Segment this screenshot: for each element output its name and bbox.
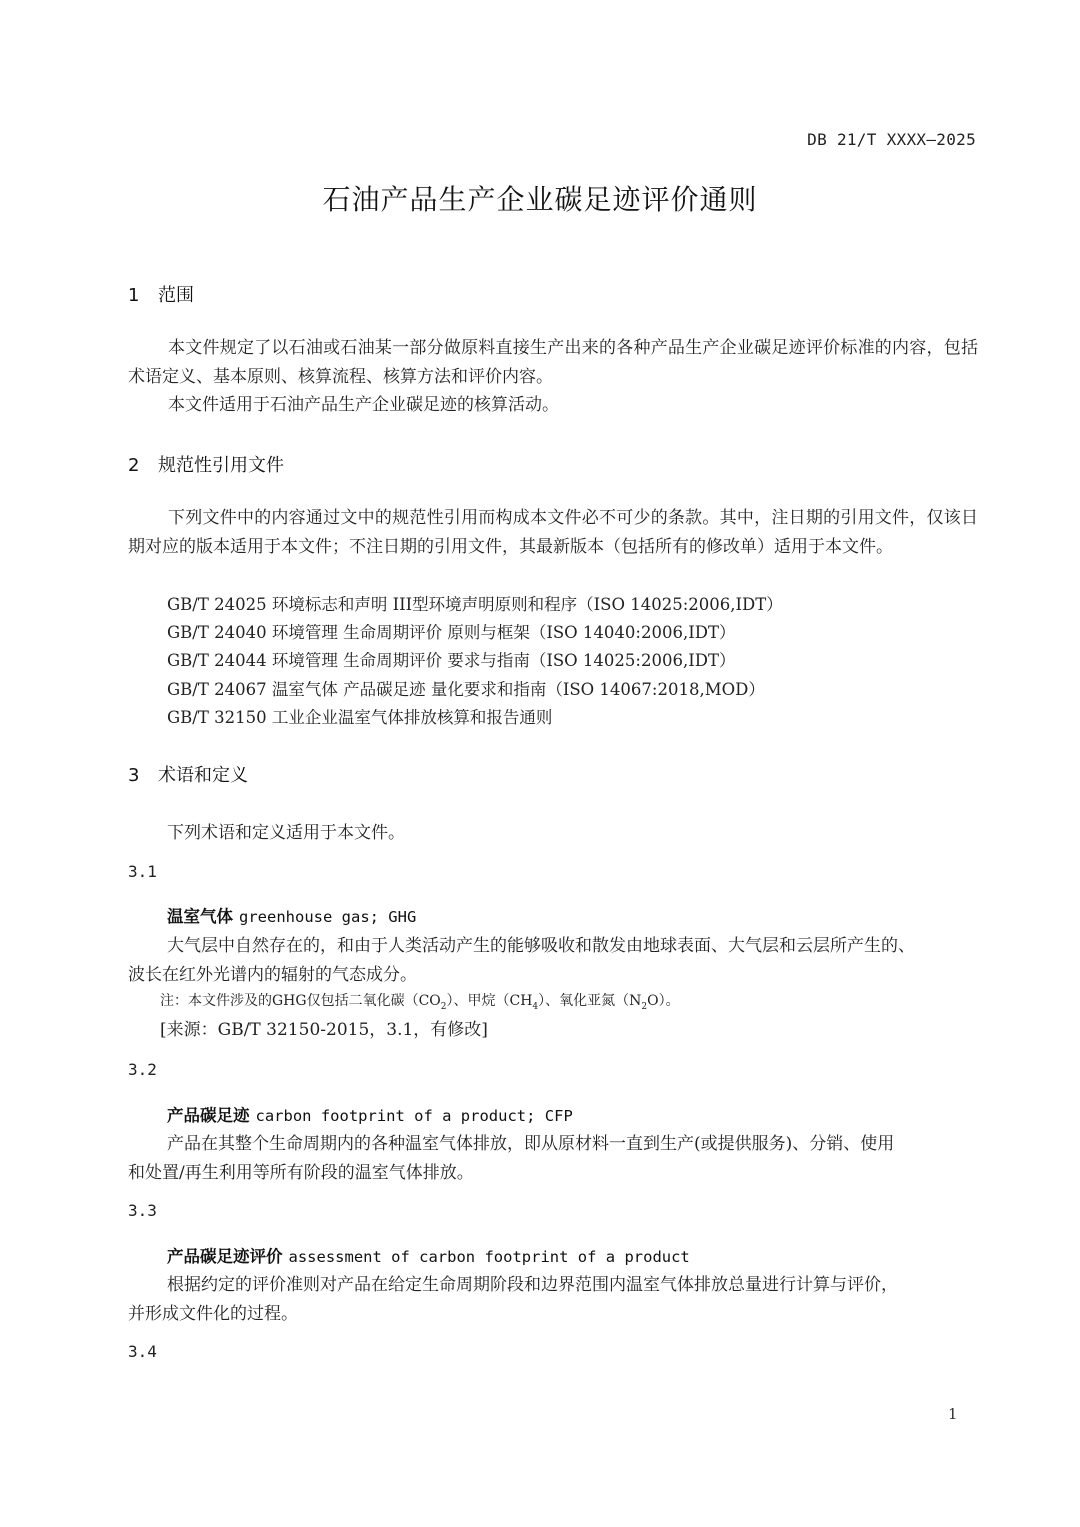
- reference-item: GB/T 24044 环境管理 生命周期评价 要求与指南（ISO 14025:2…: [167, 647, 735, 671]
- clause-number: 3.1: [128, 862, 157, 881]
- section-1-heading: 1范围: [128, 281, 194, 307]
- term-definition-line: 根据约定的评价准则对产品在给定生命周期阶段和边界范围内温室气体排放总量进行计算与…: [167, 1270, 898, 1295]
- term-zh: 温室气体: [167, 907, 233, 926]
- section-2-heading: 2规范性引用文件: [128, 451, 284, 477]
- page-number: 1: [948, 1405, 958, 1423]
- clause-number: 3.2: [128, 1060, 157, 1079]
- term-definition-line: 产品在其整个生命周期内的各种温室气体排放，即从原材料一直到生产(或提供服务)、分…: [167, 1129, 894, 1154]
- standard-code: DB 21/T XXXX—2025: [807, 130, 976, 149]
- clause-number: 3.4: [128, 1342, 157, 1361]
- term-heading: 产品碳足迹评价assessment of carbon footprint of…: [167, 1243, 690, 1267]
- reference-item: GB/T 24067 温室气体 产品碳足迹 量化要求和指南（ISO 14067:…: [167, 676, 765, 700]
- reference-item: GB/T 24025 环境标志和声明 III型环境声明原则和程序（ISO 140…: [167, 591, 783, 615]
- term-heading: 温室气体greenhouse gas; GHG: [167, 903, 416, 927]
- term-definition-line: 波长在红外光谱内的辐射的气态成分。: [128, 960, 417, 985]
- term-zh: 产品碳足迹评价: [167, 1247, 283, 1266]
- section-number: 1: [128, 285, 158, 306]
- section-1-paragraph-2: 本文件适用于石油产品生产企业碳足迹的核算活动。: [128, 391, 978, 420]
- document-page: DB 21/T XXXX—2025 石油产品生产企业碳足迹评价通则 1范围 本文…: [0, 0, 1080, 1527]
- section-number: 2: [128, 455, 158, 476]
- section-number: 3: [128, 765, 158, 786]
- clause-number: 3.3: [128, 1201, 157, 1220]
- reference-item: GB/T 24040 环境管理 生命周期评价 原则与框架（ISO 14040:2…: [167, 619, 735, 643]
- section-3-intro: 下列术语和定义适用于本文件。: [167, 818, 405, 843]
- term-source: [来源：GB/T 32150-2015，3.1，有修改]: [160, 1015, 488, 1040]
- term-en: greenhouse gas; GHG: [239, 908, 416, 926]
- note-text: 注：本文件涉及的GHG仅包括二氧化碳（CO: [160, 993, 441, 1009]
- term-zh: 产品碳足迹: [167, 1106, 250, 1125]
- document-title: 石油产品生产企业碳足迹评价通则: [0, 178, 1080, 218]
- section-title: 范围: [158, 285, 194, 306]
- section-title: 术语和定义: [158, 765, 248, 786]
- reference-item: GB/T 32150 工业企业温室气体排放核算和报告通则: [167, 704, 552, 728]
- section-3-heading: 3术语和定义: [128, 761, 248, 787]
- section-2-paragraph-1: 下列文件中的内容通过文中的规范性引用而构成本文件必不可少的条款。其中，注日期的引…: [128, 504, 978, 561]
- term-en: carbon footprint of a product; CFP: [256, 1107, 573, 1125]
- section-title: 规范性引用文件: [158, 455, 284, 476]
- term-note: 注：本文件涉及的GHG仅包括二氧化碳（CO2）、甲烷（CH4）、氧化亚氮（N2O…: [160, 990, 680, 1012]
- note-text: O）。: [647, 993, 679, 1009]
- term-en: assessment of carbon footprint of a prod…: [289, 1248, 690, 1266]
- note-text: ）、甲烷（CH: [447, 993, 533, 1009]
- note-text: ）、氧化亚氮（N: [538, 993, 641, 1009]
- term-definition-line: 并形成文件化的过程。: [128, 1299, 298, 1324]
- term-definition-line: 大气层中自然存在的，和由于人类活动产生的能够吸收和散发由地球表面、大气层和云层所…: [167, 931, 915, 956]
- term-heading: 产品碳足迹carbon footprint of a product; CFP: [167, 1102, 573, 1126]
- section-1-paragraph-1: 本文件规定了以石油或石油某一部分做原料直接生产出来的各种产品生产企业碳足迹评价标…: [128, 334, 978, 391]
- term-definition-line: 和处置/再生利用等所有阶段的温室气体排放。: [128, 1158, 474, 1183]
